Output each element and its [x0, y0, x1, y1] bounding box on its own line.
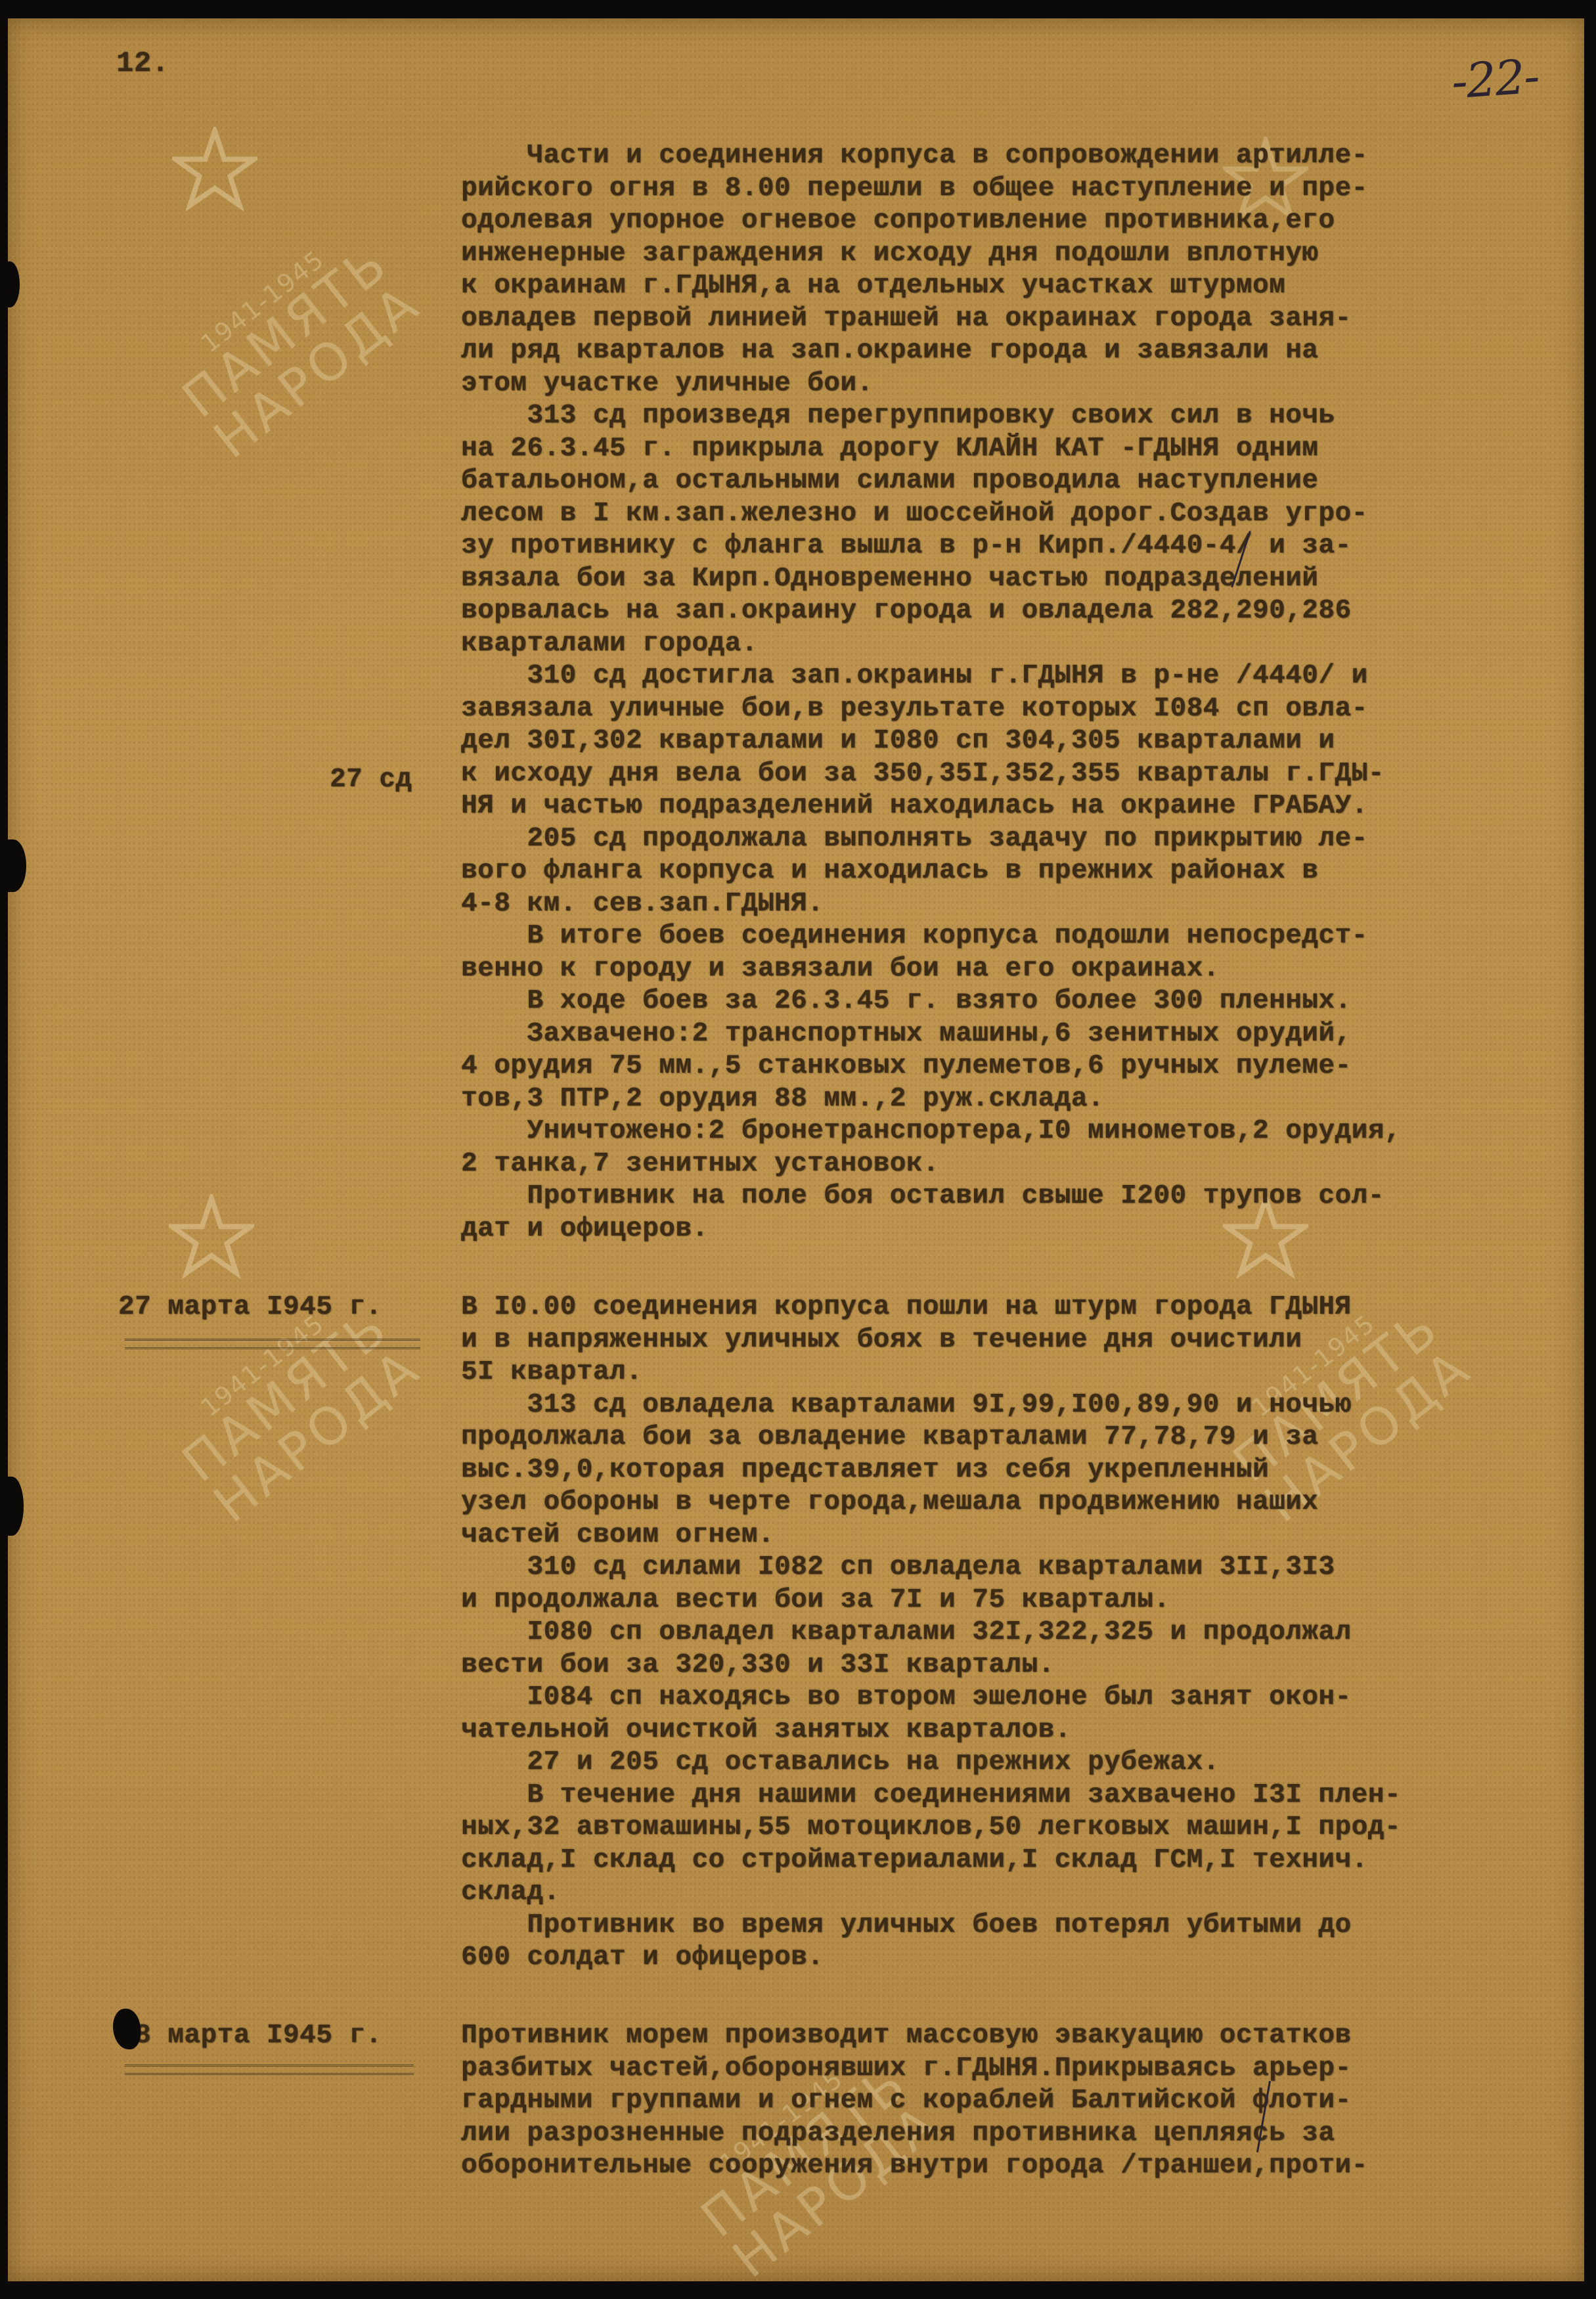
- text-line: и продолжала вести бои за 7I и 75 кварта…: [461, 1584, 1401, 1617]
- text-line: I080 сп овладел кварталами 32I,322,325 и…: [461, 1617, 1401, 1649]
- text-line: чательной очисткой занятых кварталов.: [461, 1714, 1401, 1747]
- date-label-27-march: 27 марта I945 г.: [118, 1291, 382, 1324]
- text-line: Уничтожено:2 бронетранспортера,I0 миноме…: [461, 1115, 1401, 1148]
- text-line: склад,I склад со стройматериалами,I скла…: [461, 1844, 1401, 1877]
- star-icon: [172, 127, 257, 212]
- text-line: и в напряженных уличных боях в течение д…: [461, 1324, 1401, 1357]
- text-line: венно к городу и завязали бои на его окр…: [461, 953, 1401, 986]
- text-line: оборонительные сооружения внутри города …: [461, 2150, 1368, 2183]
- text-line: гардными группами и огнем с кораблей Бал…: [461, 2085, 1368, 2118]
- text-line: 310 сд силами I082 сп овладела кварталам…: [461, 1551, 1401, 1584]
- text-line: вести бои за 320,330 и 33I кварталы.: [461, 1649, 1401, 1682]
- paper-tear: [0, 261, 20, 307]
- text-line: тов,3 ПТР,2 орудия 88 мм.,2 руж.склада.: [461, 1083, 1401, 1116]
- text-line: лии разрозненные подразделения противник…: [461, 2118, 1368, 2151]
- text-line: 2 танка,7 зенитных установок.: [461, 1148, 1401, 1181]
- margin-note-27-sd: 27 сд: [330, 764, 412, 797]
- watermark-line2: НАРОДА: [206, 277, 429, 467]
- text-line: выс.39,0,которая представляет из себя ук…: [461, 1454, 1401, 1487]
- text-line: 4-8 км. сев.зап.ГДЫНЯ.: [461, 888, 1401, 921]
- watermark-line1: ПАМЯТЬ: [174, 1301, 397, 1491]
- text-line: завязала уличные бои,в результате которы…: [461, 693, 1401, 726]
- text-line: овладев первой линией траншей на окраина…: [461, 303, 1401, 336]
- text-line: рийского огня в 8.00 перешли в общее нас…: [461, 173, 1401, 206]
- section-1-body: Части и соединения корпуса в сопровожден…: [461, 140, 1401, 1245]
- text-line: продолжала бои за овладение кварталами 7…: [461, 1421, 1401, 1454]
- text-line: Захвачено:2 транспортных машины,6 зенитн…: [461, 1018, 1401, 1051]
- text-line: В I0.00 соединения корпуса пошли на штур…: [461, 1291, 1401, 1324]
- text-line: к исходу дня вела бои за 350,35I,352,355…: [461, 758, 1401, 791]
- watermark-line1: ПАМЯТЬ: [174, 236, 397, 427]
- text-line: кварталами города.: [461, 628, 1401, 661]
- text-line: склад.: [461, 1877, 1401, 1909]
- watermark-line2: НАРОДА: [206, 1341, 429, 1531]
- text-line: I084 сп находясь во втором эшелоне был з…: [461, 1682, 1401, 1714]
- text-line: 5I квартал.: [461, 1356, 1401, 1389]
- text-line: дел 30I,302 кварталами и I080 сп 304,305…: [461, 725, 1401, 758]
- text-line: одолевая упорное огневое сопротивление п…: [461, 205, 1401, 238]
- text-line: 205 сд продолжала выполнять задачу по пр…: [461, 823, 1401, 856]
- text-line: В ходе боев за 26.3.45 г. взято более 30…: [461, 985, 1401, 1018]
- text-line: Противник во время уличных боев потерял …: [461, 1909, 1401, 1942]
- text-line: дат и офицеров.: [461, 1213, 1401, 1246]
- paper-tear: [0, 1477, 24, 1536]
- paper-tear: [0, 839, 26, 892]
- text-line: Противник морем производит массовую эвак…: [461, 2020, 1368, 2053]
- star-icon: [169, 1194, 254, 1280]
- text-line: 313 сд овладела кварталами 9I,99,I00,89,…: [461, 1389, 1401, 1422]
- text-line: на 26.3.45 г. прикрыла дорогу КЛАЙН КАТ …: [461, 433, 1401, 466]
- text-line: В итоге боев соединения корпуса подошли …: [461, 920, 1401, 953]
- text-line: вого фланга корпуса и находилась в прежн…: [461, 855, 1401, 888]
- text-line: ворвалась на зап.окраину города и овладе…: [461, 595, 1401, 628]
- text-line: батальоном,а остальными силами проводила…: [461, 465, 1401, 498]
- ink-blot: [113, 2009, 141, 2049]
- date-underline: [125, 2065, 414, 2075]
- text-line: Части и соединения корпуса в сопровожден…: [461, 140, 1401, 173]
- text-line: 310 сд достигла зап.окраины г.ГДЫНЯ в р-…: [461, 660, 1401, 693]
- date-label-28-march: 28 марта I945 г.: [118, 2020, 382, 2053]
- text-line: лесом в I км.зап.железно и шоссейной дор…: [461, 498, 1401, 531]
- text-line: НЯ и частью подразделений находилась на …: [461, 790, 1401, 823]
- text-line: вязала бои за Кирп.Одновременно частью п…: [461, 563, 1401, 596]
- text-line: ли ряд кварталов на зап.окраине города и…: [461, 335, 1401, 368]
- text-line: 600 солдат и офицеров.: [461, 1942, 1401, 1975]
- text-line: В течение дня нашими соединениями захвач…: [461, 1779, 1401, 1812]
- handwritten-page-number: -22-: [1450, 48, 1540, 109]
- text-line: ных,32 автомашины,55 мотоциклов,50 легко…: [461, 1812, 1401, 1844]
- text-line: к окраинам г.ГДЫНЯ,а на отдельных участк…: [461, 270, 1401, 303]
- text-line: 313 сд произведя перегруппировку своих с…: [461, 400, 1401, 433]
- text-line: зу противнику с фланга вышла в р-н Кирп.…: [461, 530, 1401, 563]
- page-number: 12.: [116, 48, 169, 81]
- text-line: узел обороны в черте города,мешала продв…: [461, 1486, 1401, 1519]
- text-line: 27 и 205 сд оставались на прежних рубежа…: [461, 1747, 1401, 1779]
- document-page: 1941-1945 ПАМЯТЬ НАРОДА 1941-1945 ПАМЯТЬ…: [8, 18, 1584, 2281]
- text-line: частей своим огнем.: [461, 1519, 1401, 1552]
- text-line: инженерные заграждения к исходу дня подо…: [461, 238, 1401, 271]
- text-line: Противник на поле боя оставил свыше I200…: [461, 1180, 1401, 1213]
- watermark: 1941-1945 ПАМЯТЬ НАРОДА: [159, 217, 430, 467]
- text-line: этом участке уличные бои.: [461, 368, 1401, 401]
- text-line: разбитых частей,оборонявших г.ГДЫНЯ.Прик…: [461, 2053, 1368, 2086]
- section-3-body: Противник морем производит массовую эвак…: [461, 2020, 1368, 2183]
- text-line: 4 орудия 75 мм.,5 станковых пулеметов,6 …: [461, 1050, 1401, 1083]
- date-underline: [125, 1339, 420, 1349]
- watermark-years: 1941-1945: [159, 217, 366, 386]
- section-2-body: В I0.00 соединения корпуса пошли на штур…: [461, 1291, 1401, 1975]
